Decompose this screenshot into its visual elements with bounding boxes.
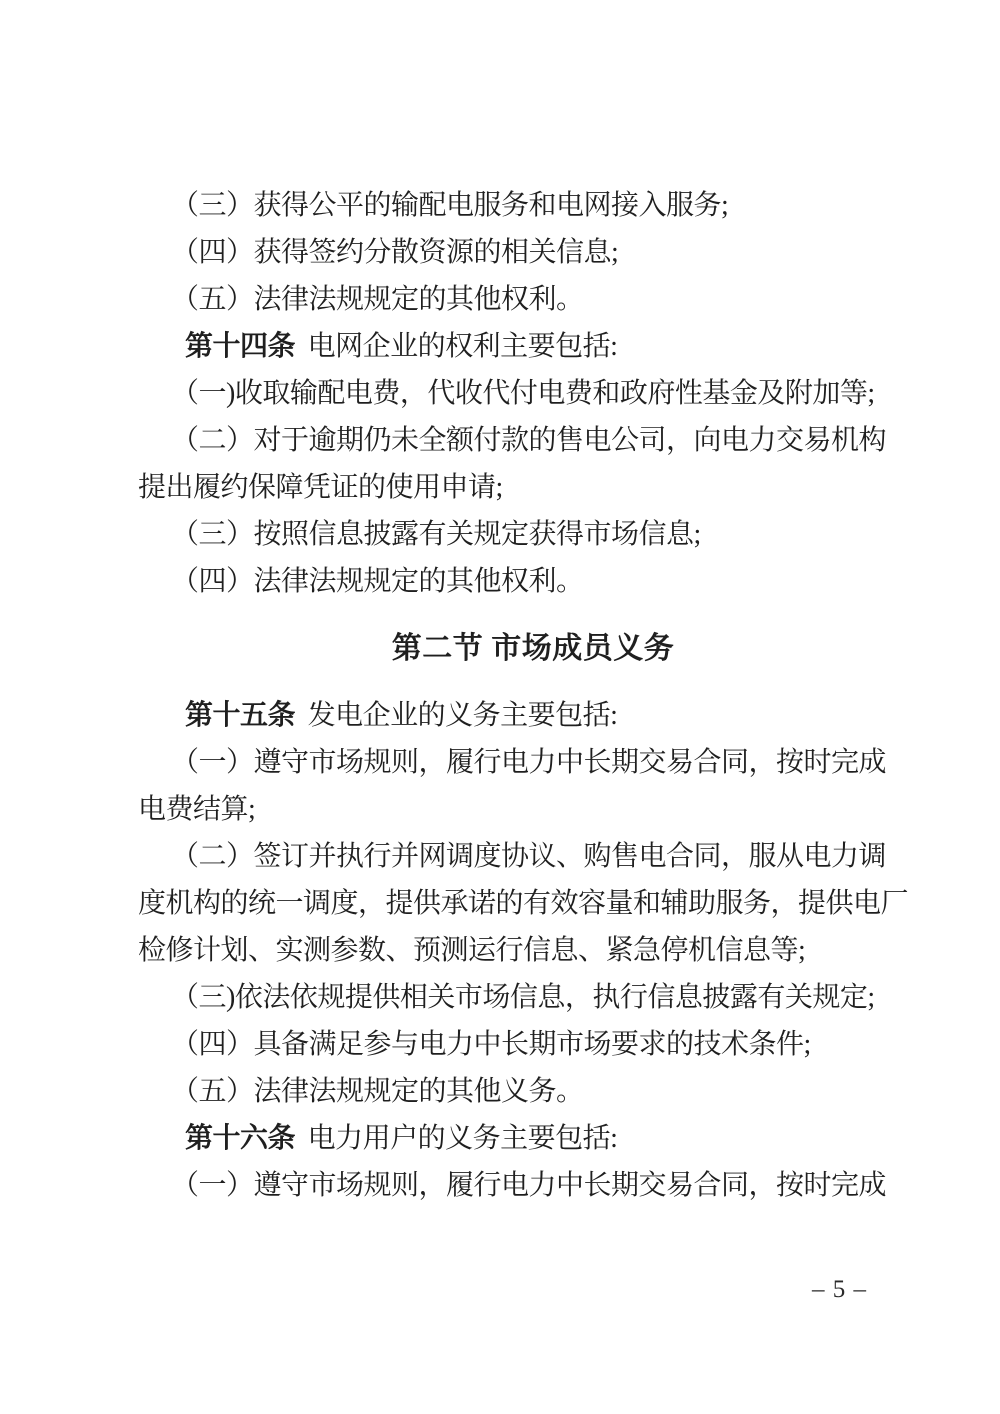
text-line: 度机构的统一调度，提供承诺的有效容量和辅助服务，提供电厂	[138, 880, 928, 927]
text-line: （三)依法依规提供相关市场信息，执行信息披露有关规定;	[138, 974, 928, 1021]
text-line: 提出履约保障凭证的使用申请;	[138, 464, 928, 511]
article-title: 发电企业的义务主要包括:	[308, 700, 618, 731]
text-line: （三）获得公平的输配电服务和电网接入服务;	[138, 182, 928, 229]
text-line: （五）法律法规规定的其他权利。	[138, 276, 928, 323]
document-page: （三）获得公平的输配电服务和电网接入服务;（四）获得签约分散资源的相关信息;（五…	[0, 0, 1000, 1414]
article-line: 第十四条电网企业的权利主要包括:	[138, 323, 928, 370]
text-line: （四）法律法规规定的其他权利。	[138, 558, 928, 605]
article-title: 电力用户的义务主要包括:	[308, 1123, 618, 1154]
text-line: （一)收取输配电费，代收代付电费和政府性基金及附加等;	[138, 370, 928, 417]
text-line: 电费结算;	[138, 786, 928, 833]
text-line: （二）签订并执行并网调度协议、购售电合同，服从电力调	[138, 833, 928, 880]
text-line: 检修计划、实测参数、预测运行信息、紧急停机信息等;	[138, 927, 928, 974]
text-line: （四）具备满足参与电力中长期市场要求的技术条件;	[138, 1021, 928, 1068]
article-line: 第十五条发电企业的义务主要包括:	[138, 692, 928, 739]
text-line: （四）获得签约分散资源的相关信息;	[138, 229, 928, 276]
document-body: （三）获得公平的输配电服务和电网接入服务;（四）获得签约分散资源的相关信息;（五…	[138, 182, 928, 1209]
article-number: 第十五条	[185, 700, 295, 731]
text-line: （五）法律法规规定的其他义务。	[138, 1068, 928, 1115]
article-line: 第十六条电力用户的义务主要包括:	[138, 1115, 928, 1162]
text-line: （一）遵守市场规则，履行电力中长期交易合同，按时完成	[138, 1162, 928, 1209]
text-line: （二）对于逾期仍未全额付款的售电公司，向电力交易机构	[138, 417, 928, 464]
article-title: 电网企业的权利主要包括:	[308, 331, 618, 362]
section-heading: 第二节 市场成员义务	[138, 625, 928, 672]
text-line: （一）遵守市场规则，履行电力中长期交易合同，按时完成	[138, 739, 928, 786]
article-number: 第十四条	[185, 331, 295, 362]
text-line: （三）按照信息披露有关规定获得市场信息;	[138, 511, 928, 558]
page-number: – 5 –	[812, 1276, 867, 1304]
article-number: 第十六条	[185, 1123, 295, 1154]
